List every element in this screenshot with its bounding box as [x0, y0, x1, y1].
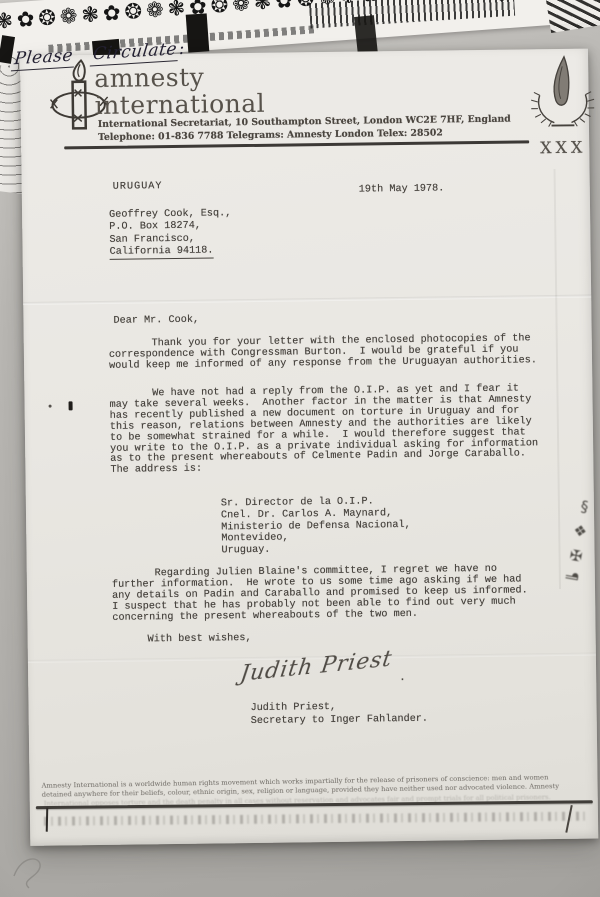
salutation: Dear Mr. Cook,	[113, 315, 199, 327]
patterned-paper-corner	[546, 0, 600, 33]
body-paragraph-2: We have not had a reply from the O.I.P. …	[109, 384, 538, 477]
signer-title: Secretary to Inger Fahlander.	[251, 713, 428, 728]
recipient-state-zip: California 94118.	[110, 246, 214, 260]
thread-mark	[10, 850, 54, 892]
closing-line: With best wishes,	[148, 633, 252, 646]
signer-block: Judith Priest, Secretary to Inger Fahlan…	[250, 701, 428, 729]
anniversary-mark: XXX	[523, 137, 600, 157]
org-name-line1: amnesty	[94, 63, 265, 92]
ink-blob	[186, 13, 210, 52]
smudged-writing-row	[44, 812, 589, 826]
letter-date: 19th May 1978.	[359, 183, 445, 195]
hatch-pattern	[309, 0, 515, 29]
recipient-address: Geoffrey Cook, Esq., P.O. Box 18274, San…	[109, 208, 232, 259]
body-paragraph-3: Regarding Julien Blaine's committee, I r…	[112, 563, 528, 623]
photo-of-letter: ❃✿❂❁❃✿❂❁❃✿❂❁❃✿❂❁❃✿❂❁❃✿❂❁❃✿ 403 amnesty i…	[0, 0, 600, 897]
body-paragraph-1: Thank you for your letter with the enclo…	[109, 333, 537, 372]
fold-crease	[23, 295, 591, 305]
fold-crease	[554, 169, 561, 589]
letter-sheet: amnesty international International Secr…	[20, 49, 598, 846]
human-rights-flame-icon	[524, 54, 600, 137]
org-name-line2: international	[94, 90, 265, 119]
handwritten-signature: Judith Priest	[239, 646, 395, 687]
org-name: amnesty international	[94, 63, 265, 119]
reference-country: URUGUAY	[113, 181, 163, 193]
stray-ink-mark	[69, 401, 73, 410]
handwritten-word: Please	[11, 45, 76, 71]
stray-ink-mark	[49, 405, 52, 408]
anniversary-emblem: XXX	[522, 54, 600, 157]
letterhead-address: International Secretariat, 10 Southampto…	[98, 114, 511, 145]
pen-tick	[46, 808, 49, 832]
signature-period: .	[400, 667, 405, 685]
inner-address-block: Sr. Director de la O.I.P. Cnel. Dr. Carl…	[221, 496, 411, 557]
